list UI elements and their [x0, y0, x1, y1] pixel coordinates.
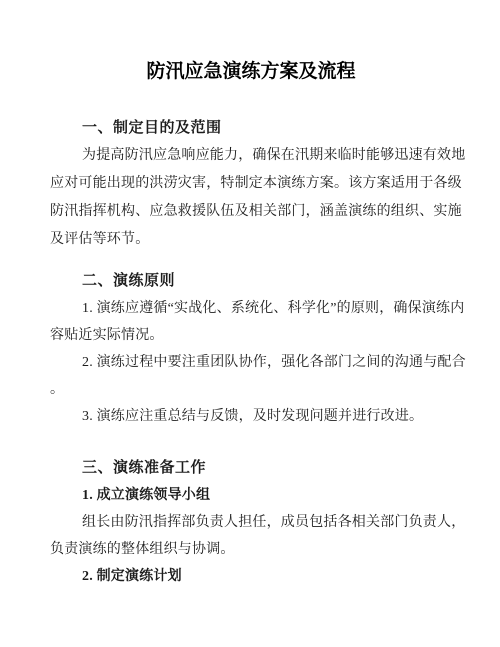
text-line: 3. 演练应注重总结与反馈，及时发现问题并进行改进。 [50, 403, 452, 430]
text-line: 应对可能出现的洪涝灾害，特制定本演练方案。该方案适用于各级 [50, 170, 452, 198]
subheading-leading-group: 1. 成立演练领导小组 [50, 482, 452, 509]
section-2-heading: 二、演练原则 [50, 268, 452, 295]
text-line: 防汛指挥机构、应急救援队伍及相关部门，涵盖演练的组织、实施 [50, 198, 452, 226]
text-line: 及评估等环节。 [50, 226, 452, 254]
text-line: 。 [50, 376, 452, 403]
section-1-heading: 一、制定目的及范围 [50, 114, 452, 142]
text-line: 1. 演练应遵循“实战化、系统化、科学化”的原则，确保演练内 [50, 295, 452, 322]
section-purpose-scope: 一、制定目的及范围 为提高防汛应急响应能力，确保在汛期来临时能够迅速有效地 应对… [50, 114, 452, 254]
text-line: 容贴近实际情况。 [50, 322, 452, 349]
document-title: 防汛应急演练方案及流程 [50, 57, 452, 87]
section-drill-preparation: 三、演练准备工作 1. 成立演练领导小组 组长由防汛指挥部负责人担任，成员包括各… [50, 455, 452, 590]
text-line: 组长由防汛指挥部负责人担任，成员包括各相关部门负责人， [50, 509, 452, 536]
document-content: 防汛应急演练方案及流程 一、制定目的及范围 为提高防汛应急响应能力，确保在汛期来… [0, 57, 500, 590]
subheading-drill-plan: 2. 制定演练计划 [50, 563, 452, 590]
text-line: 2. 演练过程中要注重团队协作，强化各部门之间的沟通与配合 [50, 349, 452, 376]
text-line: 负责演练的整体组织与协调。 [50, 536, 452, 563]
text-line: 为提高防汛应急响应能力，确保在汛期来临时能够迅速有效地 [50, 142, 452, 170]
document-page: 防汛应急演练方案及流程 一、制定目的及范围 为提高防汛应急响应能力，确保在汛期来… [0, 0, 500, 647]
section-drill-principles: 二、演练原则 1. 演练应遵循“实战化、系统化、科学化”的原则，确保演练内 容贴… [50, 268, 452, 430]
section-3-heading: 三、演练准备工作 [50, 455, 452, 482]
